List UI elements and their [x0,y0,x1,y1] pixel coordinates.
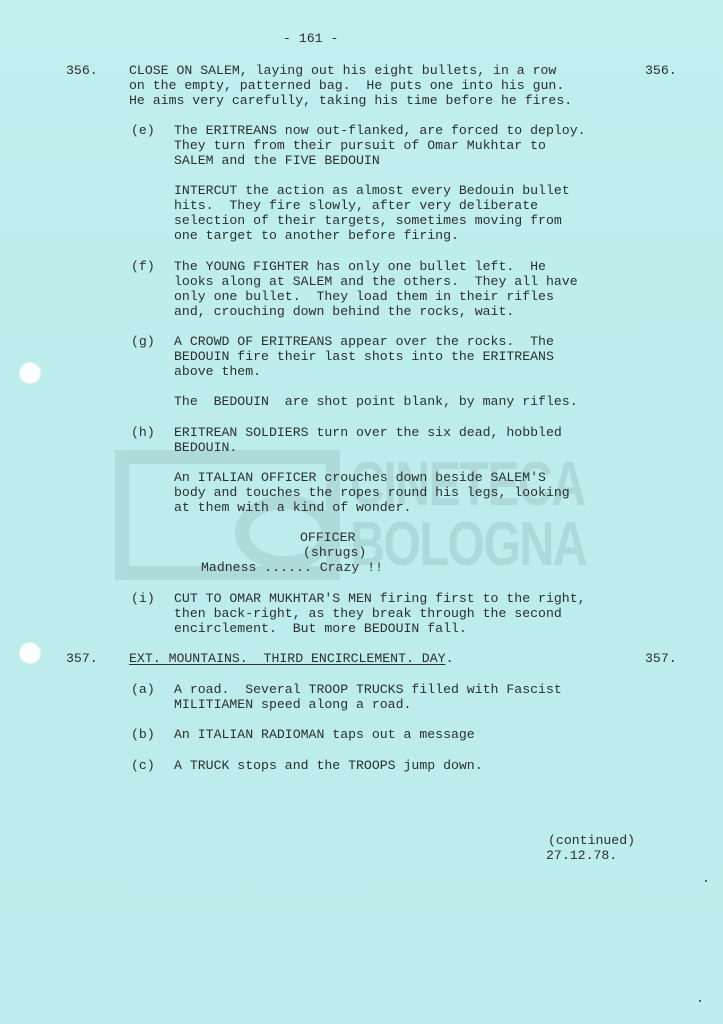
subsection-text-line: The YOUNG FIGHTER has only one bullet le… [174,259,546,274]
subsection-label: (g) [131,334,155,349]
subsection-label: (i) [131,591,155,606]
subsection-text-line: CUT TO OMAR MUKHTAR'S MEN firing first t… [174,591,586,606]
subsection-text-line: above them. [174,364,261,379]
subsection-text-line: only one bullet. They load them in their… [174,289,554,304]
subsection-label: (e) [131,123,155,138]
paper-speck [705,880,707,882]
scene-heading-text: EXT. MOUNTAINS. THIRD ENCIRCLEMENT. DAY [129,651,446,666]
page-number: - 161 - [283,31,338,46]
continued-label: (continued) [548,833,635,848]
subsection-text-line: at them with a kind of wonder. [174,500,411,515]
subsection-text-line: selection of their targets, sometimes mo… [174,213,562,228]
subsection-text-line: A TRUCK stops and the TROOPS jump down. [174,758,483,773]
subsection-label: (c) [131,758,155,773]
subsection-text-line: BEDOUIN fire their last shots into the E… [174,349,554,364]
dialogue-parenthetical: (shrugs) [303,545,366,560]
script-page: CINETECA BOLOGNA - 161 - 356. 356. CLOSE… [0,0,723,1024]
subsection-label: (b) [131,727,155,742]
scene-number-right: 357. [645,651,677,666]
paper-speck [699,1000,701,1002]
subsection-text-line: INTERCUT the action as almost every Bedo… [174,183,570,198]
subsection-text-line: body and touches the ropes round his leg… [174,485,570,500]
watermark-line2: BOLOGNA [350,514,586,576]
scene-number-left: 356. [66,63,98,78]
subsection-text-line: encirclement. But more BEDOUIN fall. [174,621,467,636]
scene-heading: EXT. MOUNTAINS. THIRD ENCIRCLEMENT. DAY. [129,651,453,666]
subsection-text-line: The ERITREANS now out-flanked, are force… [174,123,586,138]
subsection-text-line: hits. They fire slowly, after very delib… [174,198,538,213]
subsection-text-line: A CROWD OF ERITREANS appear over the roc… [174,334,554,349]
subsection-text-line: SALEM and the FIVE BEDOUIN [174,153,380,168]
subsection-label: (f) [131,259,155,274]
subsection-text-line: and, crouching down behind the rocks, wa… [174,304,514,319]
subsection-text-line: then back-right, as they break through t… [174,606,562,621]
scene-text-line: CLOSE ON SALEM, laying out his eight bul… [129,63,556,78]
dialogue-line: Madness ...... Crazy !! [201,560,383,575]
subsection-text-line: An ITALIAN RADIOMAN taps out a message [174,727,475,742]
subsection-label: (h) [131,425,155,440]
subsection-text-line: The BEDOUIN are shot point blank, by man… [174,394,578,409]
scene-number-right: 356. [645,63,677,78]
scene-text-line: on the empty, patterned bag. He puts one… [129,78,564,93]
subsection-text-line: ERITREAN SOLDIERS turn over the six dead… [174,425,562,440]
scene-text-line: He aims very carefully, taking his time … [129,93,572,108]
subsection-text-line: BEDOUIN. [174,440,237,455]
scene-heading-period: . [446,651,454,666]
subsection-label: (a) [131,682,155,697]
subsection-text-line: looks along at SALEM and the others. The… [174,274,578,289]
punch-hole [19,362,41,384]
subsection-text-line: A road. Several TROOP TRUCKS filled with… [174,682,562,697]
subsection-text-line: An ITALIAN OFFICER crouches down beside … [174,470,546,485]
subsection-text-line: MILITIAMEN speed along a road. [174,697,411,712]
subsection-text-line: one target to another before firing. [174,228,459,243]
dialogue-character: OFFICER [300,530,355,545]
scene-number-left: 357. [66,651,98,666]
revision-date: 27.12.78. [546,848,617,863]
punch-hole [19,642,41,664]
subsection-text-line: They turn from their pursuit of Omar Muk… [174,138,546,153]
